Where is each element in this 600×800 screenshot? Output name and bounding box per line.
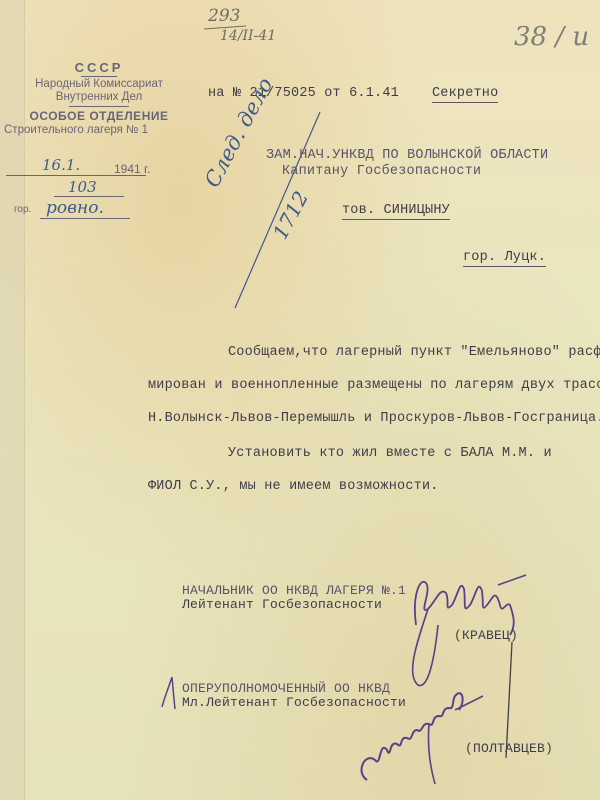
stamp-number-handwritten: 103 bbox=[68, 178, 97, 196]
body-paragraph-1-line-3: Н.Волынск-Львов-Перемышль и Проскуров-Ль… bbox=[148, 411, 600, 426]
stamp-city-handwritten: ровно. bbox=[46, 198, 104, 218]
stamp-city-line bbox=[40, 218, 130, 219]
body-paragraph-1-line-2: мирован и военнопленные размещены по лаг… bbox=[148, 378, 600, 393]
addressee-name: тов. СИНИЦЫНУ bbox=[342, 203, 450, 220]
signatory-1-title: НАЧАЛЬНИК ОО НКВД ЛАГЕРЯ №.1 bbox=[182, 583, 406, 598]
signature-2-handwritten bbox=[355, 680, 495, 790]
signatory-1-rank: Лейтенант Госбезопасности bbox=[182, 597, 382, 612]
registry-date: 14/II-41 bbox=[220, 28, 276, 44]
stamp-year: 1941 г. bbox=[114, 162, 150, 176]
registry-number: 293 bbox=[208, 6, 240, 26]
stamp-line-internal-affairs: Внутренних Дел bbox=[4, 91, 194, 104]
addressee-line-2: Капитану Госбезопасности bbox=[282, 164, 481, 179]
stamp-line-special-dept: ОСОБОЕ ОТДЕЛЕНИЕ bbox=[4, 109, 194, 123]
stamp-line-camp: Строительного лагеря № 1 bbox=[4, 123, 194, 137]
stamp-number-line bbox=[54, 196, 124, 197]
stamp-divider bbox=[69, 106, 129, 107]
body-paragraph-2-line-1: Установить кто жил вместе с БАЛА М.М. и bbox=[228, 446, 552, 461]
body-paragraph-1-line-1: Сообщаем,что лагерный пункт "Емельяново"… bbox=[228, 345, 600, 360]
stamp-divider bbox=[81, 76, 117, 77]
initial-mark bbox=[160, 675, 180, 710]
stamp-city-prefix: гор. bbox=[14, 204, 31, 215]
stamp-line-commissariat: Народный Комиссариат bbox=[4, 78, 194, 91]
body-paragraph-2-line-2: ФИОЛ С.У., мы не имеем возможности. bbox=[148, 479, 439, 494]
classification-secret: Секретно bbox=[432, 86, 498, 103]
stamp-date-handwritten: 16.1. bbox=[42, 156, 80, 174]
reference-line: на № 21/75025 от 6.1.41 bbox=[208, 86, 399, 101]
stamp-line-ussr: СССР bbox=[4, 60, 194, 75]
corner-pencil-mark: 38 / и bbox=[514, 26, 589, 48]
nkvd-stamp: СССР Народный Комиссариат Внутренних Дел… bbox=[4, 60, 194, 137]
signatory-2-name: (ПОЛТАВЦЕВ) bbox=[465, 741, 553, 756]
addressee-line-1: ЗАМ.НАЧ.УНКВД ПО ВОЛЫНСКОЙ ОБЛАСТИ bbox=[266, 148, 548, 163]
addressee-city: гор. Луцк. bbox=[463, 250, 546, 267]
